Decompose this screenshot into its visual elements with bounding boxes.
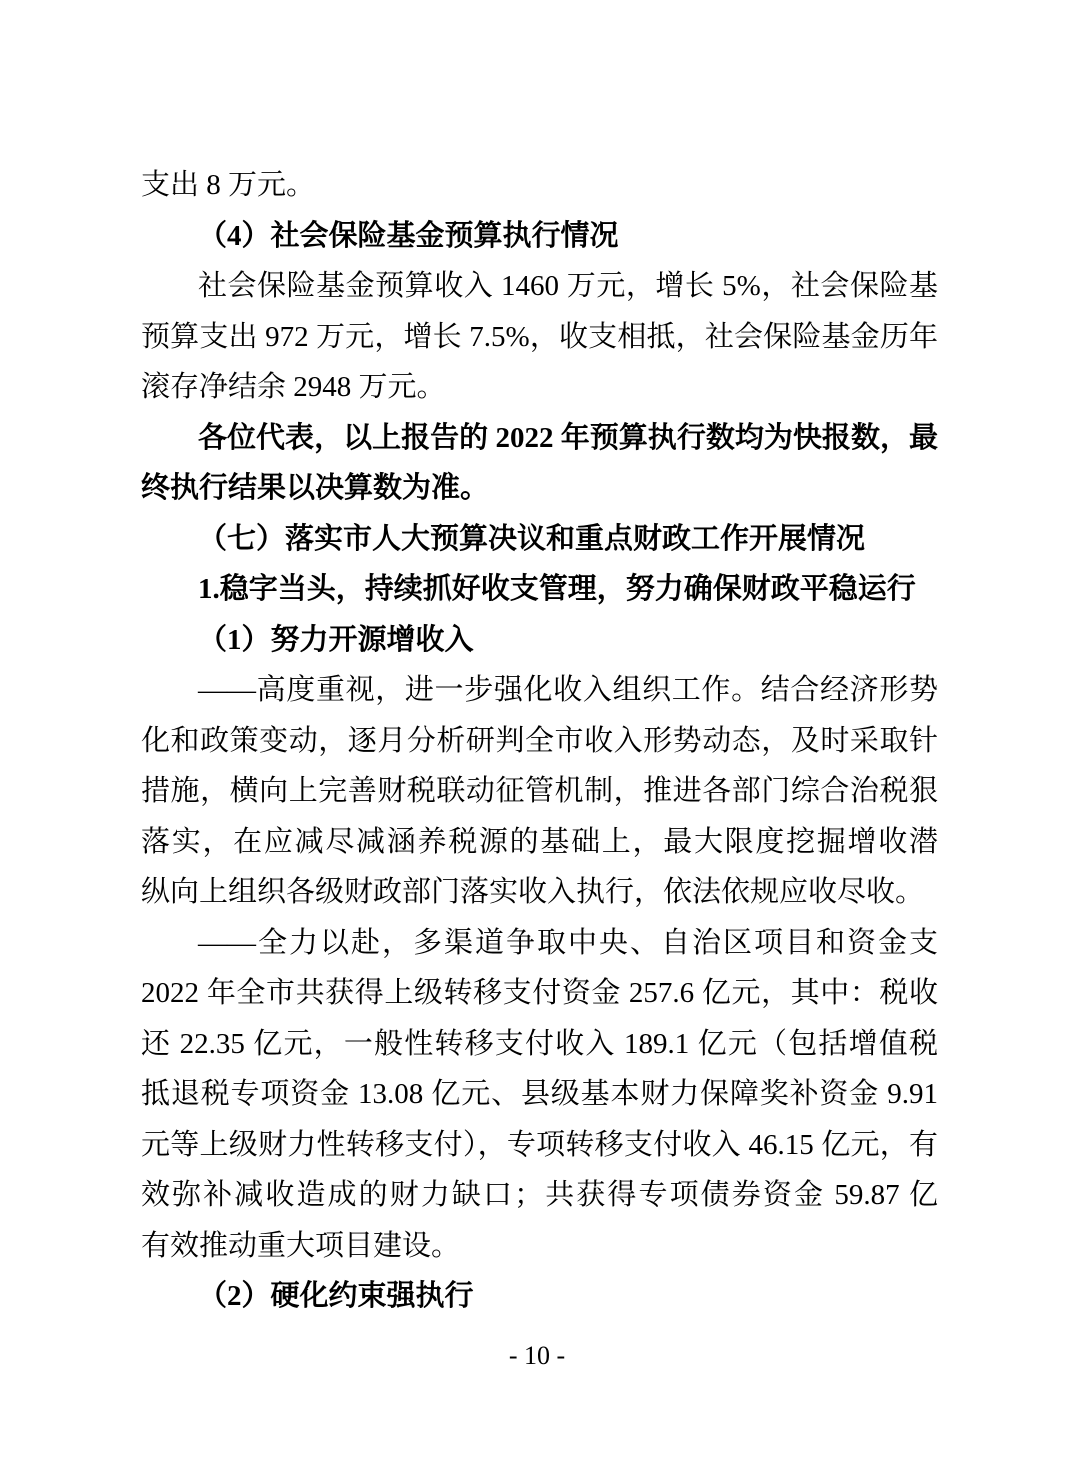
heading-line: 1.稳字当头，持续抓好收支管理，努力确保财政平稳运行 [141, 564, 938, 615]
text-line: 纵向上组织各级财政部门落实收入执行，依法依规应收尽收。 [141, 867, 938, 918]
text-line: 效弥补减收造成的财力缺口；共获得专项债券资金 59.87 亿元， [141, 1170, 938, 1221]
text-line: 化和政策变动，逐月分析研判全市收入形势动态，及时采取针对 [141, 716, 938, 767]
heading-line: （2）硬化约束强执行 [141, 1271, 938, 1322]
text-line: ——全力以赴，多渠道争取中央、自治区项目和资金支持。 [141, 918, 938, 969]
text-line: 社会保险基金预算收入 1460 万元，增长 5%，社会保险基金 [141, 261, 938, 312]
text-line: ——高度重视，进一步强化收入组织工作。结合经济形势变 [141, 665, 938, 716]
text-line: 滚存净结余 2948 万元。 [141, 362, 938, 413]
text-line: 还 22.35 亿元，一般性转移支付收入 189.1 亿元（包括增值税留 [141, 1019, 938, 1070]
heading-line: （1）努力开源增收入 [141, 615, 938, 666]
document-page: 支出 8 万元。 （4）社会保险基金预算执行情况 社会保险基金预算收入 1460… [0, 0, 1074, 1484]
text-line: 元等上级财力性转移支付），专项转移支付收入 46.15 亿元，有 [141, 1120, 938, 1171]
heading-line: （4）社会保险基金预算执行情况 [141, 211, 938, 262]
heading-line: （七）落实市人大预算决议和重点财政工作开展情况 [141, 514, 938, 565]
text-line: 各位代表，以上报告的 2022 年预算执行数均为快报数，最 [141, 413, 938, 464]
text-line: 预算支出 972 万元，增长 7.5%，收支相抵，社会保险基金历年 [141, 312, 938, 363]
page-number: - 10 - [0, 1340, 1074, 1372]
text-line: 有效推动重大项目建设。 [141, 1221, 938, 1272]
text-line: 2022 年全市共获得上级转移支付资金 257.6 亿元，其中：税收返 [141, 968, 938, 1019]
text-line: 措施，横向上完善财税联动征管机制，推进各部门综合治税狠抓 [141, 766, 938, 817]
text-line: 终执行结果以决算数为准。 [141, 463, 938, 514]
text-line: 支出 8 万元。 [141, 160, 938, 211]
document-body: 支出 8 万元。 （4）社会保险基金预算执行情况 社会保险基金预算收入 1460… [141, 160, 938, 1322]
text-line: 抵退税专项资金 13.08 亿元、县级基本财力保障奖补资金 9.91 亿 [141, 1069, 938, 1120]
text-line: 落实，在应减尽减涵养税源的基础上，最大限度挖掘增收潜力； [141, 817, 938, 868]
